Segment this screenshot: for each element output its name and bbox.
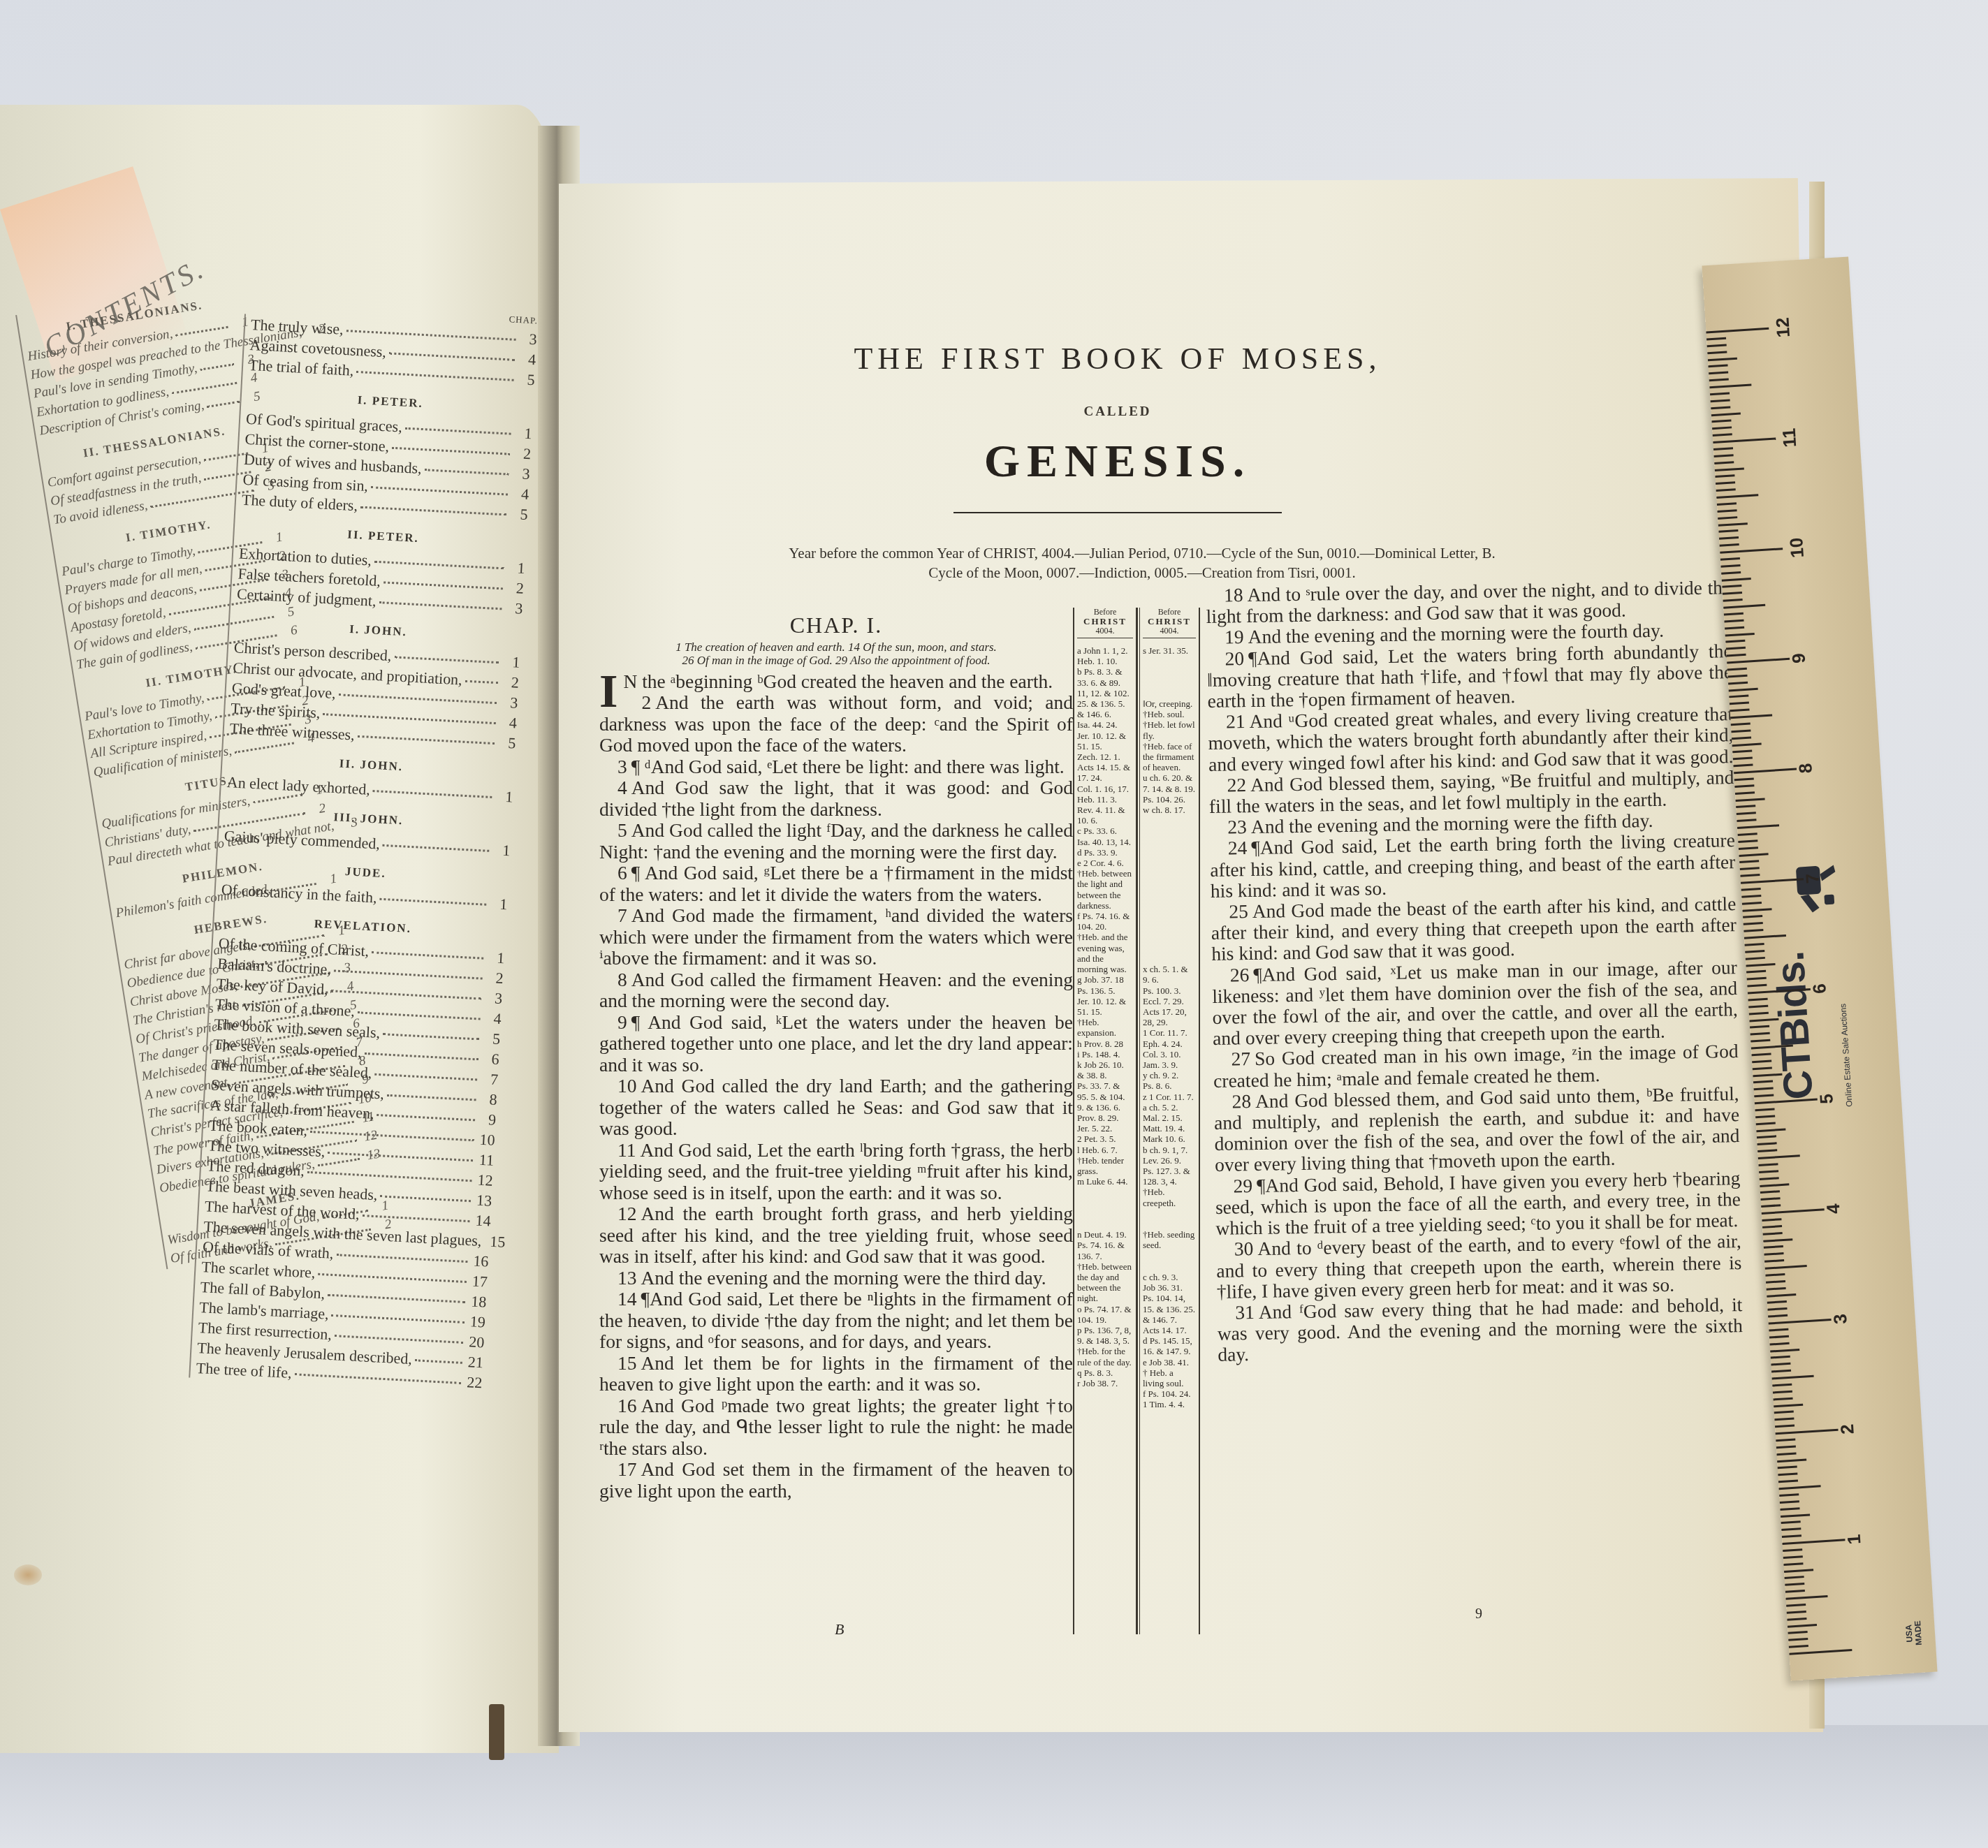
verse: 20¶And God said, Let the waters bring fo… xyxy=(1206,640,1732,712)
foxing-stain xyxy=(14,1564,42,1585)
cross-reference: m Luke 6. 44. xyxy=(1077,1176,1133,1187)
ruler-tick xyxy=(1779,1493,1799,1497)
cross-reference: †Heb. between the day and between the ni… xyxy=(1077,1261,1133,1304)
cross-reference xyxy=(1143,911,1196,921)
ruler-tick xyxy=(1712,427,1732,430)
ruler-tick xyxy=(1771,1363,1790,1366)
entry-label: The tree of life, xyxy=(196,1358,292,1383)
ruler-tick xyxy=(1742,908,1771,912)
ruler-tick xyxy=(1776,1452,1796,1455)
ruler-tick xyxy=(1725,632,1755,636)
ruler-tick xyxy=(1785,1590,1805,1593)
ruler-tick xyxy=(1769,1328,1788,1332)
verse-number: 14 xyxy=(617,1288,637,1310)
ruler-tick xyxy=(1741,895,1761,898)
ruler-tick xyxy=(1734,777,1754,781)
ruler-tick xyxy=(1716,481,1735,485)
cross-reference: Eph. 4. 24. xyxy=(1143,1039,1196,1049)
entry-chapter: 3 xyxy=(483,988,502,1009)
ruler-inch-label: 5 xyxy=(1815,1093,1838,1104)
ruler-tick xyxy=(1736,798,1765,802)
entry-chapter: 1 xyxy=(229,312,250,334)
entry-label: Gaius' piety commended, xyxy=(224,826,381,854)
ruler-tick xyxy=(1713,433,1732,437)
ruler-tick xyxy=(1734,768,1797,775)
verse: 12And the earth brought forth grass, and… xyxy=(599,1203,1073,1268)
verse-number: 29 xyxy=(1233,1175,1252,1196)
verse-number: 18 xyxy=(1224,584,1243,606)
ruler-tick xyxy=(1744,922,1763,925)
cross-reference xyxy=(1077,1219,1133,1229)
ruler-tick xyxy=(1748,998,1768,1002)
ruler-tick xyxy=(1737,812,1756,816)
cross-reference: b ch. 9. 1, 7. xyxy=(1143,1145,1196,1155)
verse: 31And ᶠGod saw every thing that he had m… xyxy=(1217,1294,1743,1365)
cross-reference xyxy=(1143,1261,1196,1272)
cross-reference: y ch. 9. 2. xyxy=(1143,1070,1196,1080)
ruler-inch-label: 2 xyxy=(1836,1423,1859,1435)
ruler-tick xyxy=(1774,1418,1794,1421)
cross-reference: l Heb. 6. 7. xyxy=(1077,1145,1133,1155)
cross-reference xyxy=(1143,868,1196,879)
cross-reference: c ch. 9. 3. xyxy=(1143,1272,1196,1282)
cross-reference: Ps. 127. 3. & 128. 3, 4. xyxy=(1143,1166,1196,1187)
entry-chapter: 7 xyxy=(479,1069,498,1090)
cross-reference: w ch. 8. 17. xyxy=(1143,805,1196,815)
cross-reference xyxy=(1143,1219,1196,1229)
cross-reference: z 1 Cor. 11. 7. xyxy=(1143,1092,1196,1102)
entry-chapter: 18 xyxy=(468,1291,487,1312)
ruler-tick xyxy=(1723,592,1742,595)
ruler-tick xyxy=(1764,1245,1783,1249)
ruler-inch-label: 4 xyxy=(1822,1203,1845,1215)
ruler-tick xyxy=(1730,714,1772,719)
cross-reference: Job 36. 31. xyxy=(1143,1282,1196,1293)
ruler-tick xyxy=(1707,344,1727,347)
ruler-tick xyxy=(1717,509,1737,513)
entry-chapter: 11 xyxy=(475,1149,494,1170)
ruler-tick xyxy=(1778,1466,1797,1469)
cross-reference xyxy=(1143,890,1196,900)
ruler-tick xyxy=(1715,467,1744,471)
ruler-tick xyxy=(1773,1397,1792,1400)
cross-reference: ‖Or, creeping. xyxy=(1143,698,1196,709)
ruler-tick xyxy=(1777,1458,1806,1462)
cross-reference xyxy=(1143,932,1196,942)
ruler-tick xyxy=(1775,1425,1795,1428)
verse-text: And let them be for lights in the firmam… xyxy=(599,1352,1073,1395)
verse-text: And God set them in the firmament of the… xyxy=(599,1458,1073,1502)
cross-reference xyxy=(1143,943,1196,953)
verse-number: 15 xyxy=(617,1352,637,1374)
cross-reference: Ps. 100. 3. xyxy=(1143,985,1196,996)
ruler-tick xyxy=(1715,475,1734,478)
ruler-tick xyxy=(1735,791,1755,795)
margin-christ: CHRIST xyxy=(1148,616,1191,626)
cross-reference: d Ps. 33. 9. xyxy=(1077,847,1133,858)
ruler-tick xyxy=(1754,1094,1774,1098)
verse-number: 22 xyxy=(1227,774,1246,795)
cross-reference xyxy=(1143,921,1196,932)
entry-chapter: 2 xyxy=(512,443,531,464)
ruler-tick xyxy=(1767,1287,1786,1291)
cross-reference: Mal. 2. 15. xyxy=(1143,1113,1196,1123)
margin-christ: CHRIST xyxy=(1083,616,1127,626)
cross-reference: s Jer. 31. 35. xyxy=(1143,645,1196,656)
cross-reference: †Heb. for the rule of the day. xyxy=(1077,1346,1133,1367)
ruler-tick xyxy=(1778,1480,1798,1483)
ruler-tick xyxy=(1751,1053,1771,1056)
cross-reference: Heb. 11. 3. xyxy=(1077,794,1133,805)
ruler-tick xyxy=(1783,1548,1802,1552)
cross-reference: † Heb. a living soul. xyxy=(1143,1367,1196,1388)
verse: 3¶ ᵈAnd God said, ᵉLet there be light: a… xyxy=(599,756,1073,778)
contents-column-b: CHAP. The truly wise,3Against covetousne… xyxy=(196,314,537,1393)
ruler-tick xyxy=(1759,1170,1778,1173)
entry-chapter: 4 xyxy=(510,483,529,504)
signature-mark: B xyxy=(835,1620,844,1638)
contents-page: CONTENTS. I. THESSALONIANS.History of th… xyxy=(0,105,559,1753)
ruler-tick xyxy=(1719,536,1739,540)
ribbon-marker xyxy=(489,1704,504,1760)
ruler-tick xyxy=(1783,1555,1803,1559)
entry-chapter: 10 xyxy=(476,1129,495,1150)
ruler-tick xyxy=(1713,447,1733,450)
verse-text: And God blessed them, and God said unto … xyxy=(1214,1083,1740,1175)
ruler-tick xyxy=(1757,1143,1777,1146)
verse-number: 26 xyxy=(1230,964,1250,985)
ruler-tick xyxy=(1758,1163,1778,1166)
ruler-tick xyxy=(1751,1032,1770,1036)
ruler-inch-label: 11 xyxy=(1778,427,1801,448)
cross-reference: p Ps. 136. 7, 8, 9. & 148. 3, 5. xyxy=(1077,1325,1133,1346)
cross-reference xyxy=(1143,815,1196,826)
entry-chapter: 3 xyxy=(499,691,518,712)
ruler-tick xyxy=(1709,383,1751,388)
margin-header: Before CHRIST 4004. xyxy=(1143,608,1196,638)
cross-reference: †Heb. face of the firmament of heaven. xyxy=(1143,741,1196,773)
cross-reference: o Ps. 74. 17. & 104. 19. xyxy=(1077,1304,1133,1325)
summary-line-1: 1 The creation of heaven and earth. 14 O… xyxy=(599,640,1073,654)
ruler-inch-label: 10 xyxy=(1785,537,1808,559)
cross-reference: g Job. 37. 18 xyxy=(1077,974,1133,985)
ruler-tick xyxy=(1778,1473,1797,1476)
ruler-tick xyxy=(1758,1154,1800,1159)
leader-dots xyxy=(379,888,487,906)
ruler-tick xyxy=(1755,1108,1774,1111)
cross-reference xyxy=(1143,837,1196,847)
cross-reference: a ch. 5. 2. xyxy=(1143,1102,1196,1113)
cross-reference xyxy=(1143,900,1196,911)
entry-chapter: 1 xyxy=(492,839,511,860)
ruler-tagline: Online Estate Sale Auctions xyxy=(1838,1003,1854,1107)
verse-text: And God saw the light, that it was good:… xyxy=(599,777,1073,820)
ruler-inch-label: 7 xyxy=(1801,873,1824,884)
cross-reference: Acts 17. 20, 28, 29. xyxy=(1143,1006,1196,1027)
verse-number: 28 xyxy=(1231,1090,1251,1112)
ruler-tick xyxy=(1750,1025,1769,1029)
verse-number: 9 xyxy=(617,1011,627,1033)
ruler-tick xyxy=(1720,557,1740,561)
entry-chapter: 3 xyxy=(518,328,537,349)
ruler-tick xyxy=(1761,1197,1781,1201)
verse-text: ¶And God said, Behold, I have given you … xyxy=(1215,1167,1741,1239)
entry-chapter: 19 xyxy=(467,1311,485,1332)
cross-reference: †Heb. and the evening was, and the morni… xyxy=(1077,932,1133,974)
verse-number: 24 xyxy=(1228,837,1248,859)
ruler-tick xyxy=(1708,357,1737,361)
cross-reference: e Job 38. 41. xyxy=(1143,1357,1196,1367)
ruler-tick xyxy=(1740,867,1760,870)
verse-text: And to ᵈevery beast of the earth, and to… xyxy=(1216,1230,1741,1302)
ruler-tick xyxy=(1767,1307,1787,1311)
cross-reference: h Prov. 8. 28 xyxy=(1077,1039,1133,1049)
margin-year: 4004. xyxy=(1077,626,1133,636)
verse-text: And the earth brought forth grass, and h… xyxy=(599,1203,1073,1267)
ruler-tick xyxy=(1744,934,1786,939)
ruler-tick xyxy=(1781,1513,1810,1518)
cross-reference: †Heb. soul. xyxy=(1143,709,1196,719)
ruler-tick xyxy=(1747,984,1767,988)
ruler-tick xyxy=(1774,1411,1794,1414)
cross-reference: Matt. 19. 4. xyxy=(1143,1123,1196,1134)
cross-reference: 1 Cor. 11. 7. xyxy=(1143,1027,1196,1038)
verse: 22And God blessed them, saying, ʷBe frui… xyxy=(1208,767,1734,817)
text-column-right: 18And to ˢrule over the day, and over th… xyxy=(1206,577,1743,1365)
ruler-tick xyxy=(1763,1238,1792,1242)
entry-chapter: 5 xyxy=(497,732,516,753)
cross-reference: Acts 14. 15. & 17. 24. xyxy=(1077,762,1133,783)
ruler-tick xyxy=(1708,365,1727,368)
verse-number: 25 xyxy=(1229,900,1248,922)
cross-reference: u ch. 6. 20. & 7. 14. & 8. 19. xyxy=(1143,772,1196,793)
entry-chapter: 1 xyxy=(495,786,513,807)
ruler-tick xyxy=(1729,687,1758,691)
ruler-tick xyxy=(1742,902,1762,905)
verse: N the ᵃbeginning ᵇGod created the heaven… xyxy=(599,671,1073,693)
cross-reference: x ch. 5. 1. & 9. 6. xyxy=(1143,964,1196,985)
ruler-tick xyxy=(1745,943,1764,946)
cross-reference: 1 Tim. 4. 4. xyxy=(1143,1399,1196,1409)
cross-reference: Col. 1. 16, 17. xyxy=(1077,784,1133,794)
margin-header: Before CHRIST 4004. xyxy=(1077,608,1133,638)
verse-text: And ᶠGod saw every thing that he had mad… xyxy=(1218,1293,1743,1365)
verse: 24¶And God said, Let the earth bring for… xyxy=(1210,830,1736,902)
ruler-tick xyxy=(1753,1066,1772,1070)
ruler-tick xyxy=(1760,1177,1779,1180)
ruler-tick xyxy=(1780,1507,1799,1511)
cross-reference xyxy=(1143,656,1196,666)
ruler-tick xyxy=(1709,372,1728,375)
ruler-tick xyxy=(1721,571,1741,575)
entry-chapter: 2 xyxy=(505,578,524,599)
ruler-tick xyxy=(1746,957,1765,960)
cross-reference xyxy=(1143,666,1196,677)
cross-reference: k Job 26. 10. & 38. 8. xyxy=(1077,1059,1133,1080)
ruler-tick xyxy=(1757,1136,1776,1139)
ruler-tick xyxy=(1711,406,1730,409)
ruler-tick xyxy=(1787,1611,1806,1614)
verse-number: 20 xyxy=(1225,647,1244,669)
verse: 16And God ᵖmade two great lights; the gr… xyxy=(599,1395,1073,1460)
leader-dots xyxy=(346,319,516,341)
verse: 30And to ᵈevery beast of the earth, and … xyxy=(1216,1231,1742,1302)
verse: 2And the earth was without form, and voi… xyxy=(599,692,1073,756)
ruler-tick xyxy=(1732,742,1762,747)
ruler-tick xyxy=(1707,351,1727,354)
verse: 13And the evening and the morning were t… xyxy=(599,1268,1073,1289)
verse-text: And the earth was without form, and void… xyxy=(599,691,1073,756)
cross-reference: Ps. 104. 14, 15. & 136. 25. & 146. 7. xyxy=(1143,1293,1196,1325)
leader-dots xyxy=(374,550,505,570)
verse: 4And God saw the light, that it was good… xyxy=(599,777,1073,820)
cross-reference: †Heb. tender grass. xyxy=(1077,1155,1133,1176)
ruler-tick xyxy=(1720,548,1783,554)
verse-text: And the evening and the morning were the… xyxy=(641,1267,1046,1289)
chapter-summary: 1 The creation of heaven and earth. 14 O… xyxy=(599,640,1073,667)
verse: 14¶And God said, Let there be ⁿlights in… xyxy=(599,1289,1073,1353)
cross-reference xyxy=(1143,879,1196,889)
verse-text: And God blessed them, saying, ʷBe fruitf… xyxy=(1209,766,1734,817)
ruler-tick xyxy=(1731,722,1751,726)
ruler-tick xyxy=(1727,674,1747,677)
ruler-inch-label: 12 xyxy=(1771,317,1795,339)
verse-number: 19 xyxy=(1225,626,1244,648)
ruler-tick xyxy=(1755,1115,1775,1118)
verse-text: ¶ And God said, ᵍLet there be a †firmame… xyxy=(599,862,1073,905)
ruler-tick xyxy=(1717,502,1737,506)
cross-reference: †Heb. creepeth. xyxy=(1143,1187,1196,1208)
entry-chapter: 5 xyxy=(516,369,535,390)
entry-chapter: 4 xyxy=(483,1008,502,1029)
ruler-tick xyxy=(1781,1521,1801,1525)
ruler-tick xyxy=(1752,1059,1771,1063)
cross-reference: †Heb. seeding seed. xyxy=(1143,1229,1196,1250)
cross-reference: †Heb. between the light and between the … xyxy=(1077,868,1133,911)
entry-chapter: 16 xyxy=(470,1250,489,1271)
ruler-tick xyxy=(1733,764,1753,768)
verse-text: And God ᵖmade two great lights; the grea… xyxy=(599,1395,1073,1459)
ruler-tick xyxy=(1720,543,1739,547)
entry-chapter: 6 xyxy=(481,1048,499,1069)
ruler-tick xyxy=(1765,1265,1807,1270)
ruler-tick xyxy=(1731,729,1751,733)
cross-reference xyxy=(1143,953,1196,964)
ruler-tick xyxy=(1730,709,1749,712)
verse-text: ¶And God said, ˣLet us make man in our i… xyxy=(1212,956,1738,1049)
entry-chapter: 1 xyxy=(486,947,505,968)
ruler-tick xyxy=(1727,658,1790,664)
cross-reference xyxy=(1143,847,1196,858)
verse-text: And God called the firmament Heaven: and… xyxy=(599,969,1073,1012)
ruler-tick xyxy=(1769,1335,1789,1339)
cross-reference: Zech. 12. 1. xyxy=(1077,751,1133,762)
ruler-tick xyxy=(1738,839,1757,843)
ruler-inch-label: 8 xyxy=(1795,763,1817,774)
ruler-tick xyxy=(1781,1528,1801,1532)
cross-reference: r Job 38. 7. xyxy=(1077,1378,1133,1388)
ruler-tick xyxy=(1762,1225,1782,1229)
cross-reference: Ps. 8. 6. xyxy=(1143,1080,1196,1091)
ruler-tick xyxy=(1711,412,1741,416)
chronology: Year before the common Year of CHRIST, 4… xyxy=(706,543,1579,582)
entry-chapter: 2 xyxy=(485,967,504,988)
leader-dots xyxy=(405,417,512,435)
entry-chapter: 3 xyxy=(504,598,523,619)
ruler-tick xyxy=(1772,1384,1792,1387)
drop-cap: I xyxy=(599,671,623,710)
ruler-tick xyxy=(1762,1218,1781,1222)
ruler-tick xyxy=(1763,1232,1783,1235)
leader-dots xyxy=(373,779,492,798)
cross-reference: Ps. 33. 7. & 95. 5. & 104. 9. & 136. 6. xyxy=(1077,1080,1133,1113)
entry-chapter: 1 xyxy=(489,893,508,914)
ruler-tick xyxy=(1730,702,1749,705)
verse-text: And God said, Let the earth ˡbring forth… xyxy=(599,1139,1073,1203)
ruler-tick xyxy=(1706,337,1726,341)
cross-reference: i Ps. 148. 4. xyxy=(1077,1049,1133,1059)
ruler-tick xyxy=(1710,392,1730,395)
verse: 29¶And God said, Behold, I have given yo… xyxy=(1215,1168,1741,1239)
entry-chapter: 14 xyxy=(472,1210,491,1231)
cross-reference xyxy=(1077,1208,1133,1219)
ruler-tick xyxy=(1754,1087,1774,1091)
ruler-tick xyxy=(1744,929,1763,932)
cross-reference: Mark 10. 6. xyxy=(1143,1134,1196,1144)
ruler-tick xyxy=(1767,1300,1787,1304)
cross-reference: c Ps. 33. 6. xyxy=(1077,826,1133,836)
entry-chapter: 13 xyxy=(473,1189,492,1210)
ruler-tick xyxy=(1756,1122,1776,1125)
ruler-tick xyxy=(1756,1128,1785,1132)
cross-reference: Col. 3. 10. xyxy=(1143,1049,1196,1059)
ruler-tick xyxy=(1783,1562,1803,1566)
cross-reference: Ps. 104. 26. xyxy=(1143,794,1196,805)
verse-number: 31 xyxy=(1235,1301,1255,1323)
verse-number: 11 xyxy=(617,1139,636,1161)
ruler-tick xyxy=(1788,1624,1817,1628)
ruler-tick xyxy=(1718,529,1738,533)
ruler-tick xyxy=(1727,668,1747,671)
ruler-tick xyxy=(1718,522,1748,527)
ruler-tick xyxy=(1738,833,1757,836)
ruler-tick xyxy=(1716,488,1736,492)
verse-number: 13 xyxy=(617,1267,637,1289)
ruler-tick xyxy=(1757,1149,1777,1152)
chap-label: CHAP. xyxy=(509,314,538,326)
entry-chapter: 1 xyxy=(502,651,520,672)
ruler-origin: USA MADE xyxy=(1903,1612,1924,1655)
entry-chapter: 21 xyxy=(465,1351,483,1372)
ruler-tick xyxy=(1786,1604,1806,1607)
ruler-tick xyxy=(1770,1342,1790,1345)
ruler-tick xyxy=(1761,1204,1781,1208)
verse: 28And God blessed them, and God said unt… xyxy=(1213,1083,1740,1176)
ruler-tick xyxy=(1785,1595,1827,1600)
ruler-tick xyxy=(1726,647,1746,650)
verse: 8And God called the firmament Heaven: an… xyxy=(599,969,1073,1012)
ruler-tick xyxy=(1784,1569,1813,1573)
ruler-tick xyxy=(1739,860,1759,864)
verse-text: ¶And God said, Let there be ⁿlights in t… xyxy=(599,1288,1073,1352)
verse-text: N the ᵃbeginning ᵇGod created the heaven… xyxy=(623,670,1053,692)
cross-reference xyxy=(1143,826,1196,836)
ruler-tick xyxy=(1714,461,1734,464)
ruler-tick xyxy=(1739,853,1769,857)
ruler-tick xyxy=(1776,1445,1796,1449)
cross-reference xyxy=(1143,677,1196,688)
leader-dots xyxy=(415,1349,463,1364)
